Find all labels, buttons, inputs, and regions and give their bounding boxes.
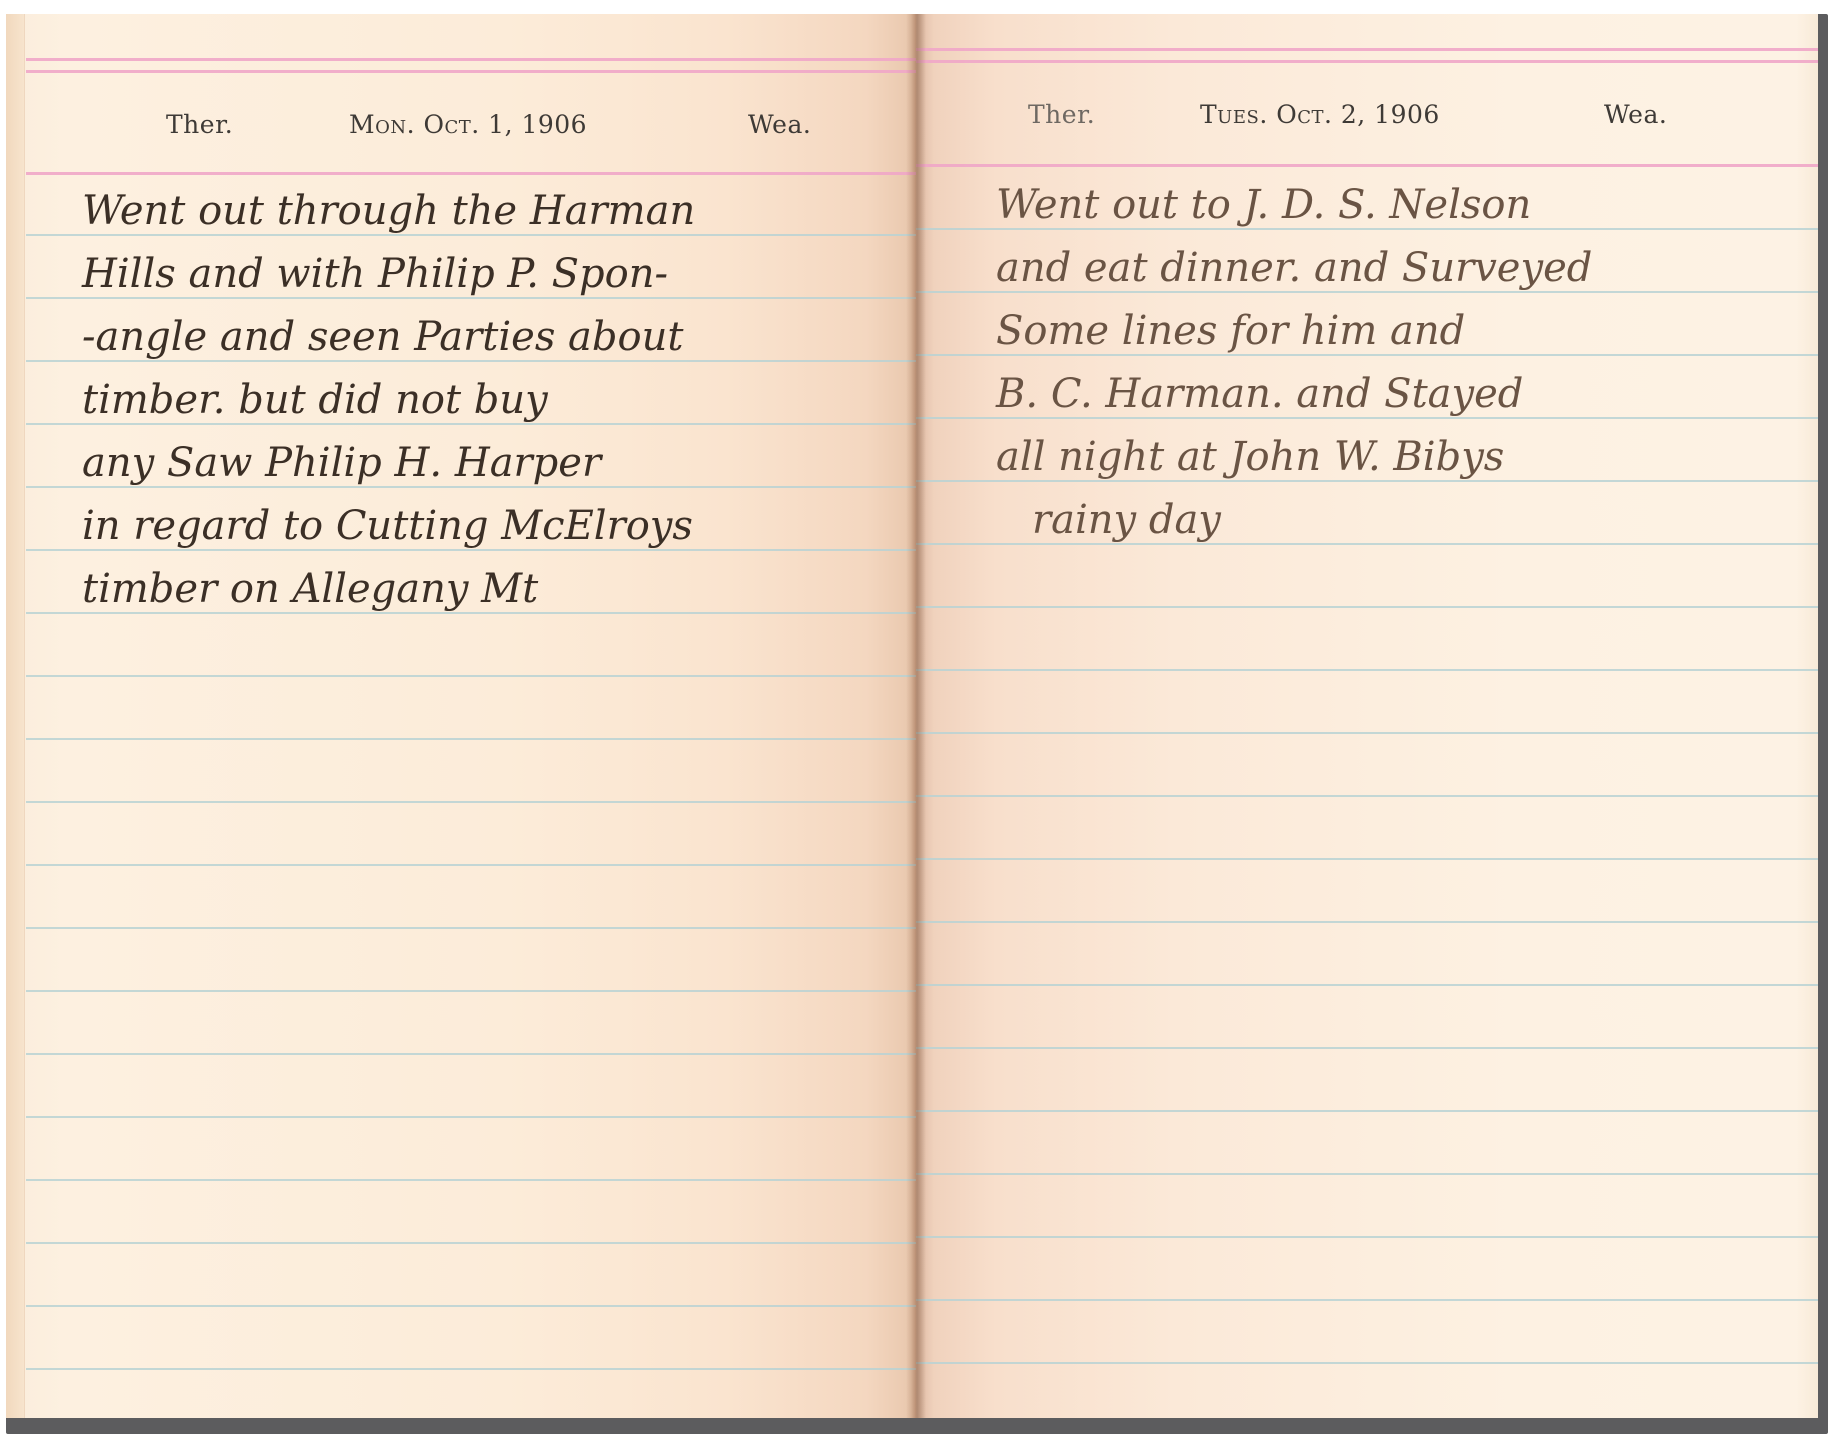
page-date: Mon. Oct. 1, 1906 bbox=[349, 110, 587, 139]
ruled-line bbox=[916, 921, 1818, 923]
ruled-line bbox=[26, 927, 916, 929]
left-entry-text: Went out through the Harman Hills and wi… bbox=[82, 180, 695, 621]
ruled-line bbox=[916, 1236, 1818, 1238]
ruled-line bbox=[916, 1173, 1818, 1175]
ruled-line bbox=[916, 732, 1818, 734]
ruled-line bbox=[26, 801, 916, 803]
wea-label: Wea. bbox=[1604, 100, 1667, 129]
entry-line: any Saw Philip H. Harper bbox=[82, 432, 695, 495]
header-top-rule-1 bbox=[916, 48, 1818, 51]
entry-line: Went out to J. D. S. Nelson bbox=[996, 174, 1592, 237]
ruled-line bbox=[26, 738, 916, 740]
entry-line: B. C. Harman. and Stayed bbox=[996, 363, 1592, 426]
ther-label: Ther. bbox=[1028, 100, 1095, 129]
right-page-header: Ther. Tues. Oct. 2, 1906 Wea. bbox=[916, 100, 1818, 140]
ruled-line bbox=[26, 1242, 916, 1244]
ruled-line bbox=[916, 858, 1818, 860]
ruled-line bbox=[26, 1179, 916, 1181]
book-spine bbox=[906, 14, 926, 1418]
entry-line: and eat dinner. and Surveyed bbox=[996, 237, 1592, 300]
ruled-line bbox=[26, 675, 916, 677]
entry-line: Some lines for him and bbox=[996, 300, 1592, 363]
entry-line: Went out through the Harman bbox=[82, 180, 695, 243]
ruled-line bbox=[26, 1116, 916, 1118]
entry-line: Hills and with Philip P. Spon- bbox=[82, 243, 695, 306]
left-page-header: Ther. Mon. Oct. 1, 1906 Wea. bbox=[6, 110, 916, 150]
ruled-line bbox=[26, 1368, 916, 1370]
ruled-line bbox=[26, 1053, 916, 1055]
ruled-line bbox=[916, 606, 1818, 608]
right-page: Ther. Tues. Oct. 2, 1906 Wea. Went out t… bbox=[916, 14, 1818, 1418]
ruled-line bbox=[916, 984, 1818, 986]
ruled-line bbox=[916, 669, 1818, 671]
ruled-line bbox=[26, 1305, 916, 1307]
entry-line: timber. but did not buy bbox=[82, 369, 695, 432]
ruled-line bbox=[916, 1047, 1818, 1049]
header-bottom-rule bbox=[916, 164, 1818, 167]
header-bottom-rule bbox=[26, 172, 916, 175]
diary-spread: Ther. Mon. Oct. 1, 1906 Wea. Went out th… bbox=[0, 0, 1834, 1443]
ruled-line bbox=[26, 864, 916, 866]
header-top-rule-1 bbox=[26, 58, 916, 61]
right-entry-text: Went out to J. D. S. Nelson and eat dinn… bbox=[996, 174, 1592, 552]
entry-line: timber on Allegany Mt bbox=[82, 558, 695, 621]
page-date: Tues. Oct. 2, 1906 bbox=[1200, 100, 1440, 129]
header-top-rule-2 bbox=[26, 70, 916, 73]
ruled-line bbox=[916, 795, 1818, 797]
wea-label: Wea. bbox=[748, 110, 811, 139]
ruled-line bbox=[26, 990, 916, 992]
ruled-line bbox=[916, 1110, 1818, 1112]
left-page: Ther. Mon. Oct. 1, 1906 Wea. Went out th… bbox=[6, 14, 916, 1418]
entry-line: in regard to Cutting McElroys bbox=[82, 495, 695, 558]
entry-line: -angle and seen Parties about bbox=[82, 306, 695, 369]
header-top-rule-2 bbox=[916, 60, 1818, 63]
entry-line: rainy day bbox=[996, 489, 1592, 552]
ruled-line bbox=[916, 1299, 1818, 1301]
page-edge-strip bbox=[6, 14, 25, 1418]
entry-line: all night at John W. Bibys bbox=[996, 426, 1592, 489]
ther-label: Ther. bbox=[166, 110, 233, 139]
ruled-line bbox=[916, 1362, 1818, 1364]
